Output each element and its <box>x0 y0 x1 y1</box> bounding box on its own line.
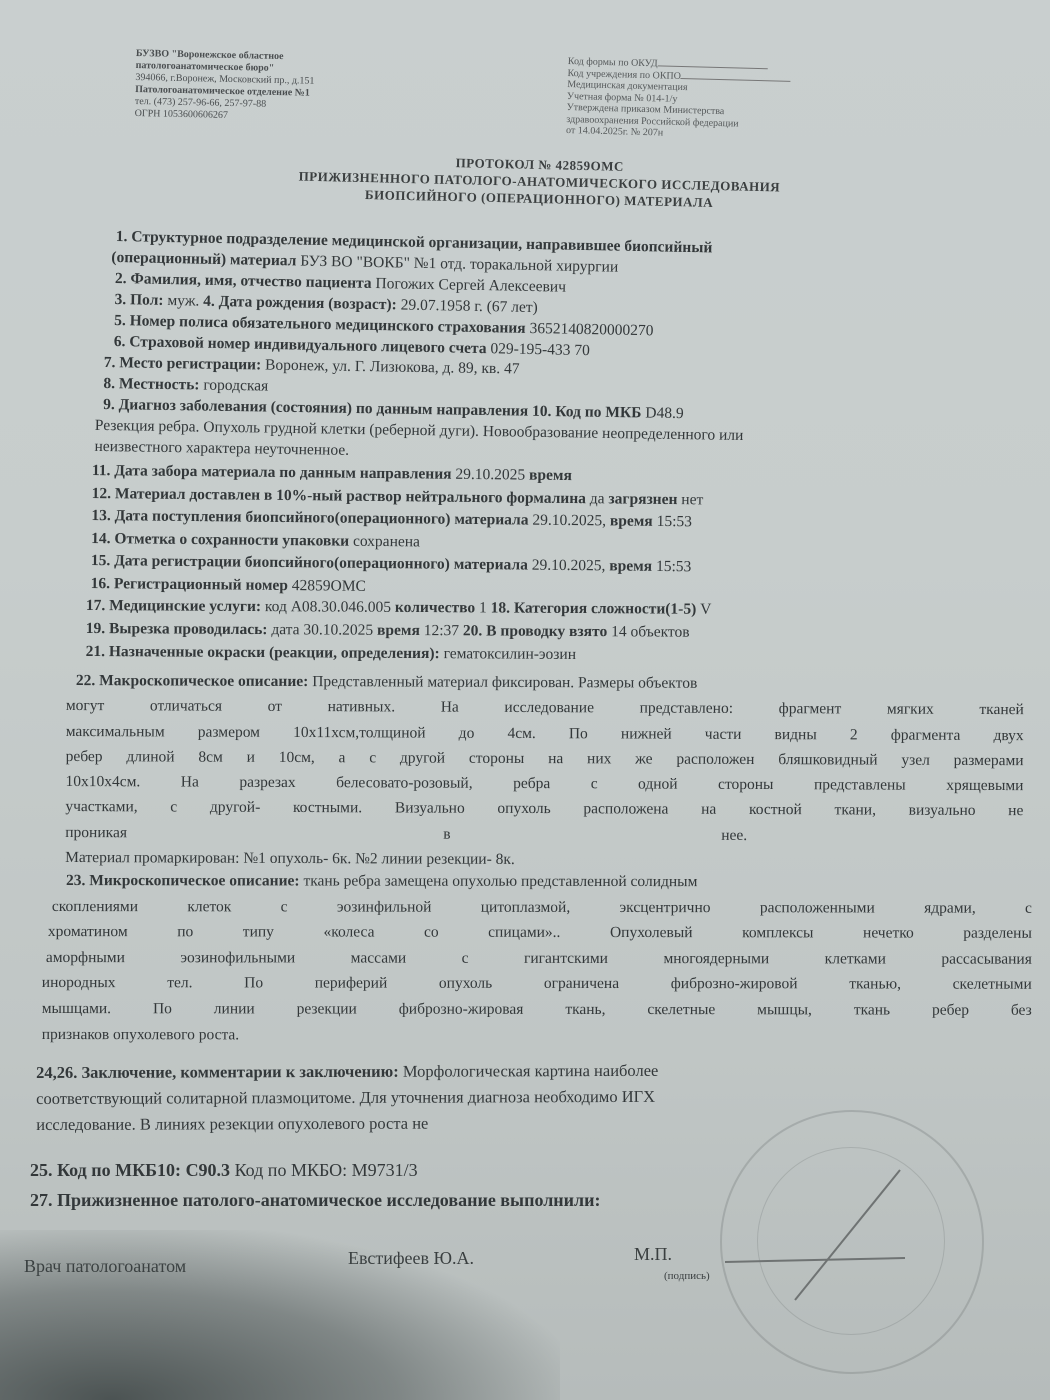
fields-block-1: 1. Структурное подразделение медицинской… <box>114 226 896 367</box>
macro-line2: могут отличаться от нативных. На исследо… <box>66 693 1024 722</box>
snils: 029-195-433 70 <box>486 340 590 359</box>
registration-date: 29.10.2025, <box>528 557 606 575</box>
macroscopic-section: 22. Макроскопическое описание: Представл… <box>65 668 1024 874</box>
institution-header: БУЗВО "Воронежское областное патологоана… <box>134 48 315 124</box>
microscopic-section: 23. Микроскопическое описание: ткань реб… <box>42 868 1032 1049</box>
signature-caption: (подпись) <box>664 1270 710 1282</box>
document-title: ПРОТОКОЛ № 42859ОМС ПРИЖИЗНЕННОГО ПАТОЛО… <box>189 148 890 215</box>
objects-count: 14 объектов <box>607 623 689 641</box>
macro-line7: проникая в нее. <box>65 820 1023 849</box>
stains: гематоксилин-эозин <box>440 645 576 663</box>
package-integrity: сохранена <box>349 532 420 550</box>
conclusion-line1: 24,26. Заключение, комментарии к заключе… <box>36 1057 986 1086</box>
grossing-date: 30.10.2025 <box>300 621 374 638</box>
micro-line5: инородных тел. По периферий опухоль огра… <box>42 970 1032 997</box>
fields-block-4: 17. Медицинские услуги: код А08.30.046.0… <box>86 594 986 668</box>
field-21: 21. Назначенные окраски (реакции, опреде… <box>86 640 986 668</box>
micro-line7: признаков опухолевого роста. <box>42 1022 1032 1049</box>
collection-date: 29.10.2025 <box>452 466 526 484</box>
signer-name: Евстифеев Ю.А. <box>348 1248 474 1269</box>
service-code: А08.30.046.005 <box>287 598 391 616</box>
complexity-category: V <box>696 601 711 618</box>
micro-line6: мышцами. По линии резекции фиброзно-жиро… <box>42 996 1032 1023</box>
micro-line2: скоплениями клеток с эозинфильной цитопл… <box>52 894 1032 921</box>
pathology-protocol-page: БУЗВО "Воронежское областное патологоана… <box>0 0 1050 1400</box>
micro-line4: аморфными эозинофильными массами с гиган… <box>46 945 1032 972</box>
okud-blank <box>658 65 768 69</box>
conclusion-line2: соответствующий солитарной плазмоцитоме.… <box>36 1083 986 1112</box>
formalin-value: да <box>586 490 605 507</box>
patient-sex: муж. <box>163 292 199 310</box>
contaminated-value: нет <box>677 491 703 508</box>
icdo-code: М9731/3 <box>347 1160 418 1180</box>
referral-icd-code: D48.9 <box>641 404 683 422</box>
receipt-date: 29.10.2025, <box>528 512 606 530</box>
okpo-blank <box>681 77 791 81</box>
form-codes-header: Код формы по ОКУД Код учреждения по ОКПО… <box>566 56 791 142</box>
grossing-time: 12:37 <box>420 622 459 639</box>
patient-name: Погожих Сергей Алексеевич <box>371 275 566 296</box>
micro-line3: хроматином по типу «колеса со спицами»..… <box>48 919 1032 946</box>
fields-block-2: 7. Место регистрации: Воронеж, ул. Г. Ли… <box>102 352 984 471</box>
locality: городская <box>199 377 268 395</box>
org-ogrn: ОГРН 1053600606267 <box>134 108 313 124</box>
birth-date: 29.07.1958 г. (67 лет) <box>397 296 538 316</box>
receipt-time: 15:53 <box>653 513 692 530</box>
fields-block-3: 11. Дата забора материала по данным напр… <box>91 460 992 605</box>
registration-time: 15:53 <box>652 558 691 575</box>
policy-number: 3652140820000270 <box>525 320 653 339</box>
service-qty: 1 <box>475 599 487 616</box>
registration-number: 42859ОМС <box>288 577 366 595</box>
seal-label: М.П. <box>634 1244 672 1265</box>
signature-mark <box>700 1160 940 1310</box>
icd10-code: С90.3 <box>181 1160 230 1180</box>
micro-line1: 23. Микроскопическое описание: ткань реб… <box>66 868 1032 895</box>
signer-role: Врач патологоанатом <box>24 1256 186 1277</box>
registration-address: Воронеж, ул. Г. Лизюкова, д. 89, кв. 47 <box>261 356 520 377</box>
